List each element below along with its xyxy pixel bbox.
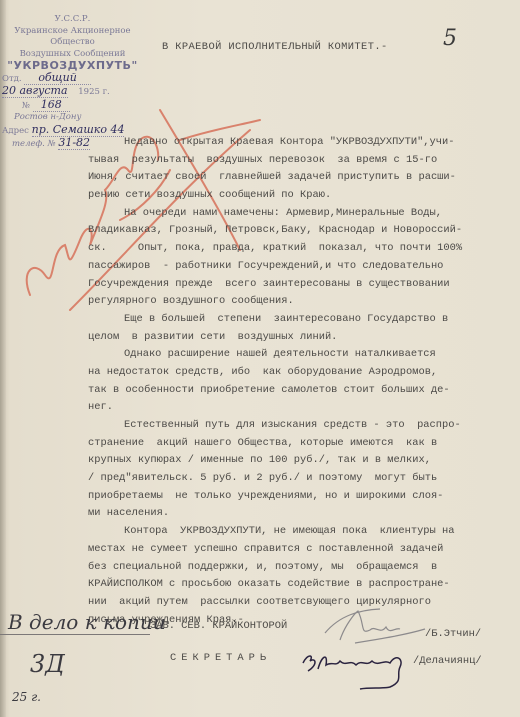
note-underline bbox=[0, 634, 150, 635]
body-line: нег. bbox=[88, 399, 508, 417]
body-line: Владикавказ, Грозный, Петровск,Баку, Кра… bbox=[88, 222, 508, 240]
secretary-signature-icon bbox=[300, 645, 415, 690]
letter-body: Недавно открытая Краевая Контора "УКРВОЗ… bbox=[88, 134, 508, 629]
body-line: на недостаток средств, ибо как оборудова… bbox=[88, 364, 508, 382]
stamp-dept-label: Отд. bbox=[2, 74, 22, 84]
stamp-phone-value: 31-82 bbox=[58, 136, 90, 150]
filing-note: В дело к копии bbox=[8, 610, 166, 634]
body-line: / пред"явительск. 5 руб. и 2 руб./ и поэ… bbox=[88, 470, 508, 488]
body-line: целом в развитии сети воздушных линий. bbox=[88, 329, 508, 347]
stamp-year: 1925 г. bbox=[78, 87, 110, 97]
page-number: 5 bbox=[443, 26, 457, 51]
body-line: Однако расширение нашей деятельности нат… bbox=[88, 346, 508, 364]
body-line: без специальной поддержки, и, поэтому, м… bbox=[88, 559, 508, 577]
secretary-title: СЕКРЕТАРЬ bbox=[170, 652, 271, 664]
body-line: КРАЙИСПОЛКОМ с просьбою оказать содейств… bbox=[88, 576, 508, 594]
stamp-address-label: Адрес bbox=[2, 126, 29, 136]
stamp-line-society: Общество bbox=[0, 37, 145, 49]
initials-note: 3Д bbox=[30, 650, 65, 678]
document-page: У.С.С.Р. Украинское Акционерное Общество… bbox=[0, 0, 520, 717]
body-line: так в особенности приобретение самолетов… bbox=[88, 382, 508, 400]
secretary-name: /Делачиянц/ bbox=[413, 655, 482, 667]
body-line: Недавно открытая Краевая Контора "УКРВОЗ… bbox=[88, 134, 508, 152]
date-note: 25 г. bbox=[12, 690, 41, 704]
stamp-line-ussr: У.С.С.Р. bbox=[0, 14, 145, 26]
body-line: На очереди нами намечены: Армевир,Минера… bbox=[88, 205, 508, 223]
manager-signature-icon bbox=[320, 605, 430, 645]
body-line: Июня, считает своей главнейшей задачей п… bbox=[88, 169, 508, 187]
body-line: ск. Опыт, пока, правда, краткий показал,… bbox=[88, 240, 508, 258]
stamp-number-row: № 168 bbox=[0, 99, 145, 113]
body-line: местах не сумеет успешно справится с пос… bbox=[88, 541, 508, 559]
addressee-heading: В КРАЕВОЙ ИСПОЛНИТЕЛЬНЫЙ КОМИТЕТ.- bbox=[162, 41, 388, 53]
manager-title: ЗАВ. СЕВ. КРАЙКОНТОРОЙ bbox=[150, 620, 287, 632]
stamp-date-value: 20 августа bbox=[2, 84, 68, 98]
body-line: ми населения. bbox=[88, 505, 508, 523]
stamp-line-society-type: Украинское Акционерное bbox=[0, 26, 145, 38]
body-line: Еще в большей степени заинтересовано Гос… bbox=[88, 311, 508, 329]
stamp-phone-label: телеф. № bbox=[12, 139, 56, 149]
manager-name: /Б.Этчин/ bbox=[425, 628, 481, 640]
stamp-department-row: Отд. общий bbox=[0, 72, 145, 86]
body-line: регулярного воздушного сообщения. bbox=[88, 293, 508, 311]
organization-stamp: У.С.С.Р. Украинское Акционерное Общество… bbox=[0, 14, 145, 151]
body-line: странение акций нашего Общества, которые… bbox=[88, 435, 508, 453]
body-line: Госучреждения прежде всего заинтересован… bbox=[88, 276, 508, 294]
stamp-org-name: "УКРВОЗДУХПУТЬ" bbox=[0, 60, 145, 72]
stamp-dept-value: общий bbox=[24, 71, 91, 85]
stamp-number-label: № bbox=[22, 101, 30, 111]
stamp-number-value: 168 bbox=[33, 98, 70, 112]
body-line: Естественный путь для изыскания средств … bbox=[88, 417, 508, 435]
body-line: рению сети воздушных сообщений по Краю. bbox=[88, 187, 508, 205]
body-line: Контора УКРВОЗДУХПУТИ, не имеющая пока к… bbox=[88, 523, 508, 541]
body-line: крупных купюрах / именные по 100 руб./, … bbox=[88, 452, 508, 470]
stamp-date-row: 20 августа 1925 г. bbox=[0, 85, 145, 99]
body-line: тывая результаты воздушных перевозок за … bbox=[88, 152, 508, 170]
body-line: нии акций путем рассылки соответсвующего… bbox=[88, 594, 508, 612]
stamp-city: Ростов н-Дону bbox=[0, 112, 145, 124]
body-line: приобретаемы не только учреждениями, но … bbox=[88, 488, 508, 506]
body-line: пассажиров - работники Госучреждений,и ч… bbox=[88, 258, 508, 276]
